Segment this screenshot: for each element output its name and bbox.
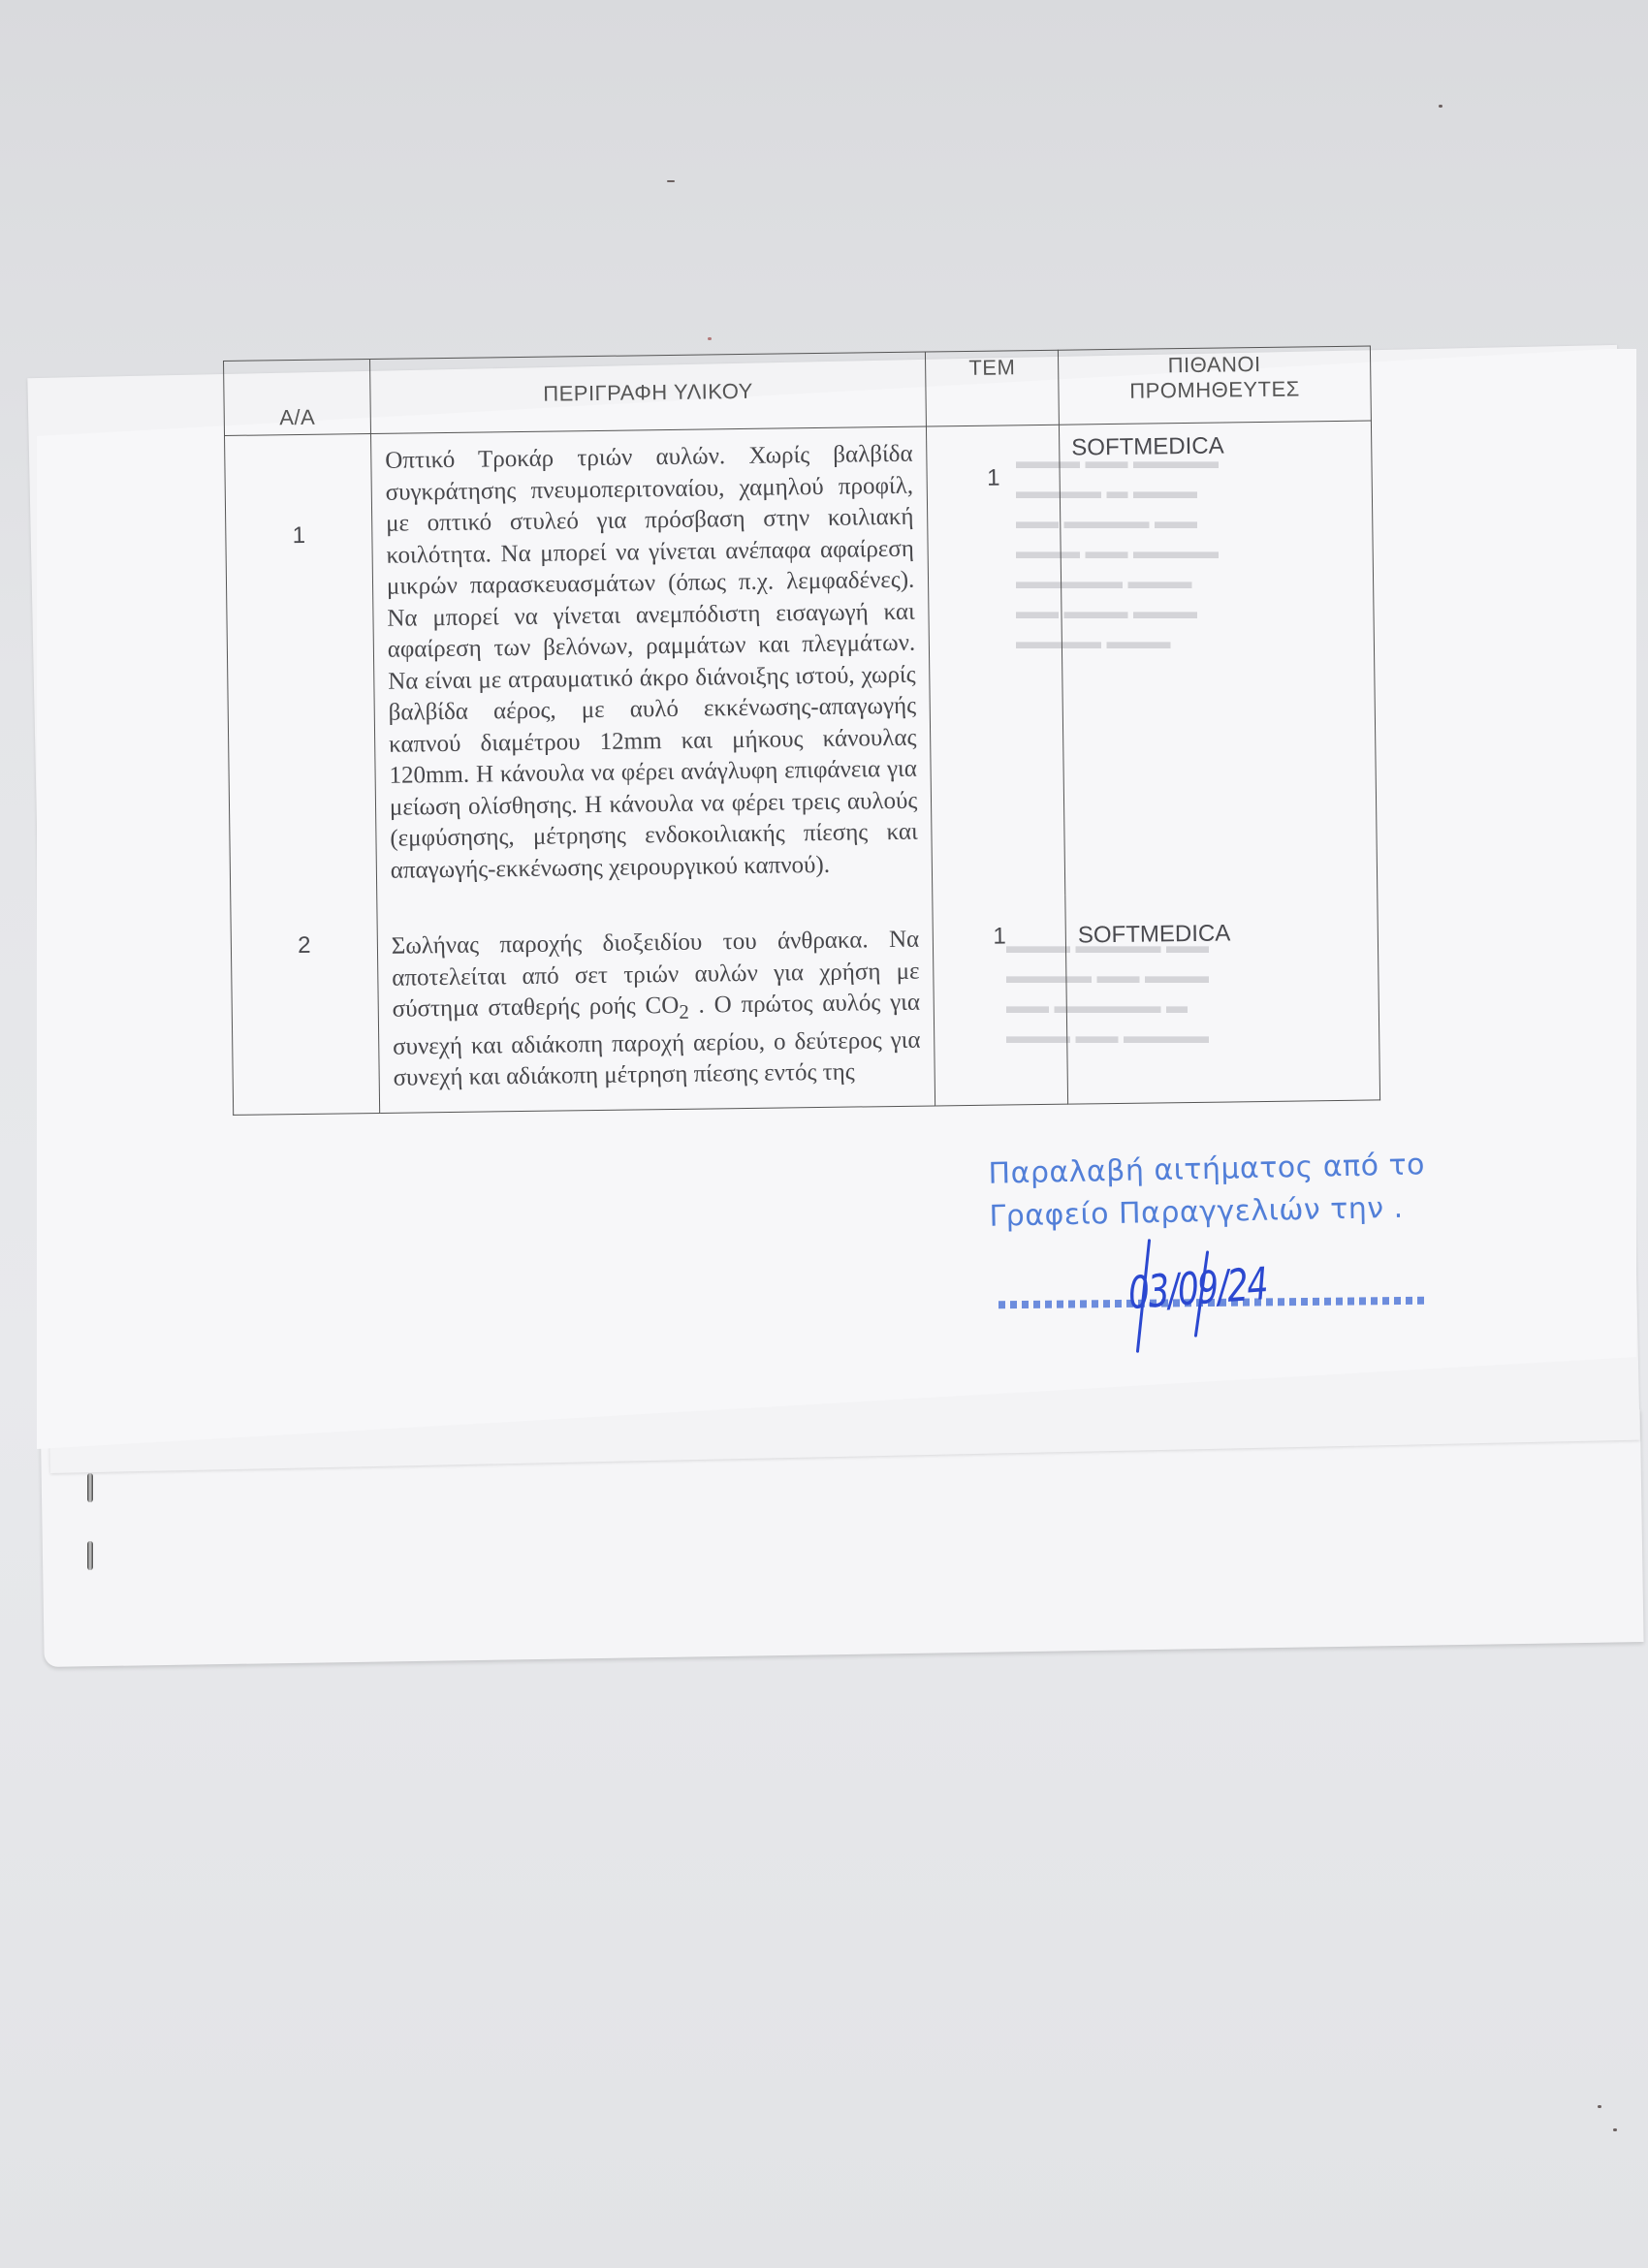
- header-suppliers: ΠΙΘΑΝΟΙ ΠΡΟΜΗΘΕΥΤΕΣ: [1059, 346, 1372, 425]
- header-aa: Α/Α: [224, 360, 371, 436]
- staple-icon: [87, 1473, 93, 1502]
- dust-speck: [1598, 2105, 1601, 2108]
- row-number: 2: [231, 904, 380, 1115]
- dust-speck: [708, 337, 712, 340]
- row-quantity: 1: [927, 425, 1065, 897]
- row-quantity: 1: [933, 896, 1068, 1106]
- materials-table: Α/Α ΠΕΡΙΓΡΑΦΗ ΥΛΙΚΟΥ ΤΕΜ ΠΙΘΑΝΟΙ ΠΡΟΜΗΘΕ…: [223, 346, 1380, 1116]
- receipt-stamp: Παραλαβή αιτήματος από το Γραφείο Παραγγ…: [988, 1144, 1426, 1238]
- table-row: 2 Σωλήνας παροχής διοξειδίου του άνθρακα…: [231, 891, 1380, 1114]
- row-description: Οπτικό Τροκάρ τριών αυλών. Χωρίς βαλβίδα…: [370, 426, 933, 904]
- staple-icon: [87, 1541, 93, 1570]
- header-suppliers-line1: ΠΙΘΑΝΟΙ: [1168, 352, 1261, 377]
- table-row: 1 Οπτικό Τροκάρ τριών αυλών. Χωρίς βαλβί…: [225, 421, 1378, 906]
- header-suppliers-line2: ΠΡΟΜΗΘΕΥΤΕΣ: [1129, 376, 1300, 402]
- row-supplier: SOFTMEDICA: [1065, 891, 1380, 1103]
- dust-speck: [667, 180, 675, 182]
- subscript-2: 2: [679, 1000, 689, 1024]
- stamp-line-2: Γραφείο Παραγγελιών την .: [989, 1186, 1426, 1238]
- header-quantity: ΤΕΜ: [926, 350, 1060, 426]
- row-description: Σωλήνας παροχής διοξειδίου του άνθρακα. …: [377, 897, 935, 1112]
- row-supplier: SOFTMEDICA: [1060, 421, 1378, 896]
- dust-speck: [1439, 105, 1442, 108]
- header-description: ΠΕΡΙΓΡΑΦΗ ΥΛΙΚΟΥ: [369, 352, 926, 433]
- row-number: 1: [225, 434, 377, 906]
- dust-speck: [1613, 2128, 1617, 2131]
